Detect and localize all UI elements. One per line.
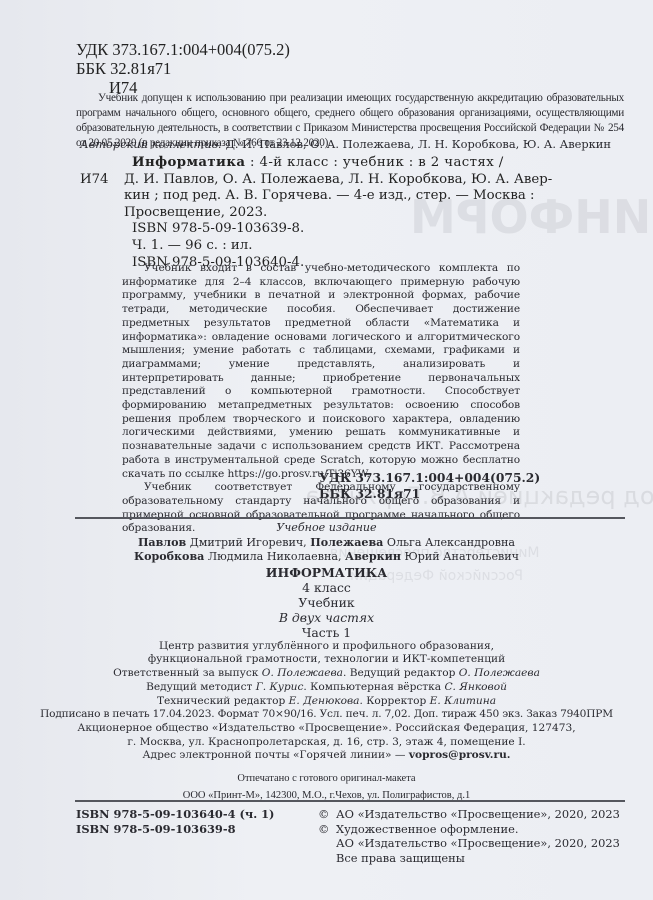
imprint-staff: Технический редактор Е. Денюкова. Коррек…	[0, 695, 653, 709]
imprint: Учебное издание Павлов Дмитрий Игоревич,…	[0, 521, 653, 804]
catalog-line: кин ; под ред. А. В. Горячева. — 4-е изд…	[80, 188, 620, 205]
author-collective-names: Д. И. Павлов, О. А. Полежаева, Л. Н. Кор…	[222, 137, 611, 151]
text-run: . Компьютерная вёрстка	[303, 681, 444, 693]
text-run: Коробкова	[134, 550, 204, 563]
text-run: Е. Клитина	[430, 695, 496, 707]
hotline: Адрес электронной почты «Горячей линии» …	[0, 749, 653, 763]
text-run: С. Янковой	[444, 681, 506, 693]
text-run: Е. Денюкова	[289, 695, 360, 707]
text-run: Людмила Николаевна,	[204, 550, 345, 563]
imprint-staff: Ведущий методист Г. Курис. Компьютерная …	[0, 681, 653, 695]
edition-type: Учебное издание	[0, 521, 653, 536]
annotation-codes: УДК 373.167.1:004+004(075.2) ББК 32.81я7…	[319, 470, 540, 502]
copyright-icon: ©	[318, 822, 336, 837]
footer-isbns: ISBN 978-5-09-103640-4 (ч. 1) ISBN 978-5…	[76, 807, 274, 836]
catalog-title-rest: : 4-й класс : учебник : в 2 частях /	[245, 155, 503, 170]
publisher-address: г. Москва, ул. Краснопролетарская, д. 16…	[0, 736, 653, 750]
catalog-title: Информатика : 4-й класс : учебник : в 2 …	[80, 155, 620, 172]
copyright-block: ©АО «Издательство «Просвещение», 2020, 2…	[318, 807, 620, 865]
imprint-staff: Ответственный за выпуск О. Полежаева. Ве…	[0, 667, 653, 681]
hotline-label: Адрес электронной почты «Горячей линии» …	[143, 749, 409, 761]
catalog-line: Просвещение, 2023.	[80, 205, 620, 222]
udk-code: УДК 373.167.1:004+004(075.2)	[76, 40, 290, 59]
text-run: Дмитрий Игоревич,	[186, 536, 310, 549]
isbn: ISBN 978-5-09-103640-4 (ч. 1)	[76, 807, 274, 822]
imprint-center: функциональной грамотности, технологии и…	[0, 653, 653, 667]
imprint-parts: В двух частях	[0, 610, 653, 625]
divider	[75, 517, 625, 519]
catalog-code: И74	[80, 172, 109, 189]
copyright-icon: ©	[318, 807, 336, 822]
text-run: Г. Курис	[256, 681, 304, 693]
hotline-email: vopros@prosv.ru.	[409, 749, 511, 761]
text-run: Юрий Анатольевич	[401, 550, 519, 563]
text-run: Павлов	[138, 536, 186, 549]
imprint-book-type: Учебник	[0, 595, 653, 610]
text-run: О. Полежаева	[459, 667, 540, 679]
text-run: . Корректор	[359, 695, 429, 707]
imprint-authors: Коробкова Людмила Николаевна, Аверкин Юр…	[0, 550, 653, 565]
publisher-address: Акционерное общество «Издательство «Прос…	[0, 722, 653, 736]
text-run: О. Полежаева	[262, 667, 343, 679]
catalog-card: Информатика : 4-й класс : учебник : в 2 …	[80, 155, 620, 271]
catalog-isbn: ISBN 978-5-09-103639-8.	[80, 221, 620, 238]
text-run: Ведущий методист	[146, 681, 256, 693]
catalog-pages: Ч. 1. — 96 с. : ил.	[80, 238, 620, 255]
catalog-title-bold: Информатика	[132, 155, 245, 170]
copyright-line: АО «Издательство «Просвещение», 2020, 20…	[336, 807, 620, 821]
text-run: Ольга Александровна	[383, 536, 515, 549]
copyright-line: АО «Издательство «Просвещение», 2020, 20…	[318, 836, 620, 851]
imprint-grade: 4 класс	[0, 580, 653, 595]
text-run: Ответственный за выпуск	[113, 667, 262, 679]
printer-name: ООО «Принт-М», 142300, М.О., г.Чехов, ул…	[0, 787, 653, 804]
text-run: Полежаева	[310, 536, 383, 549]
classification-codes: УДК 373.167.1:004+004(075.2) ББК 32.81я7…	[76, 40, 290, 78]
text-run: Аверкин	[345, 550, 401, 563]
text-run: Технический редактор	[157, 695, 289, 707]
imprint-authors: Павлов Дмитрий Игоревич, Полежаева Ольга…	[0, 536, 653, 551]
divider	[75, 800, 625, 802]
udk-code: УДК 373.167.1:004+004(075.2)	[319, 470, 540, 486]
copyright-page: ИНФОРМ Под редакцией А.В.Горячева Минист…	[0, 0, 653, 900]
author-collective: Авторский коллектив: Д. И. Павлов, О. А.…	[80, 137, 611, 151]
text-run: . Ведущий редактор	[343, 667, 459, 679]
printed-from-text: Отпечатано с готового оригинал-макета	[0, 770, 653, 787]
imprint-title: ИНФОРМАТИКА	[0, 565, 653, 580]
catalog-line: Д. И. Павлов, О. А. Полежаева, Л. Н. Кор…	[80, 172, 620, 189]
isbn: ISBN 978-5-09-103639-8	[76, 822, 274, 837]
printed-from: Отпечатано с готового оригинал-макета ОО…	[0, 770, 653, 804]
print-details: Подписано в печать 17.04.2023. Формат 70…	[0, 708, 653, 722]
bbk-code: ББК 32.81я71	[319, 486, 540, 502]
imprint-center: Центр развития углублённого и профильног…	[0, 640, 653, 654]
imprint-part: Часть 1	[0, 625, 653, 640]
bbk-code: ББК 32.81я71	[76, 59, 290, 78]
rights-reserved: Все права защищены	[318, 851, 620, 866]
copyright-line: Художественное оформление.	[336, 822, 518, 836]
annotation-paragraph: Учебник входит в состав учебно-методичес…	[122, 262, 520, 481]
author-collective-label: Авторский коллектив:	[80, 137, 222, 151]
